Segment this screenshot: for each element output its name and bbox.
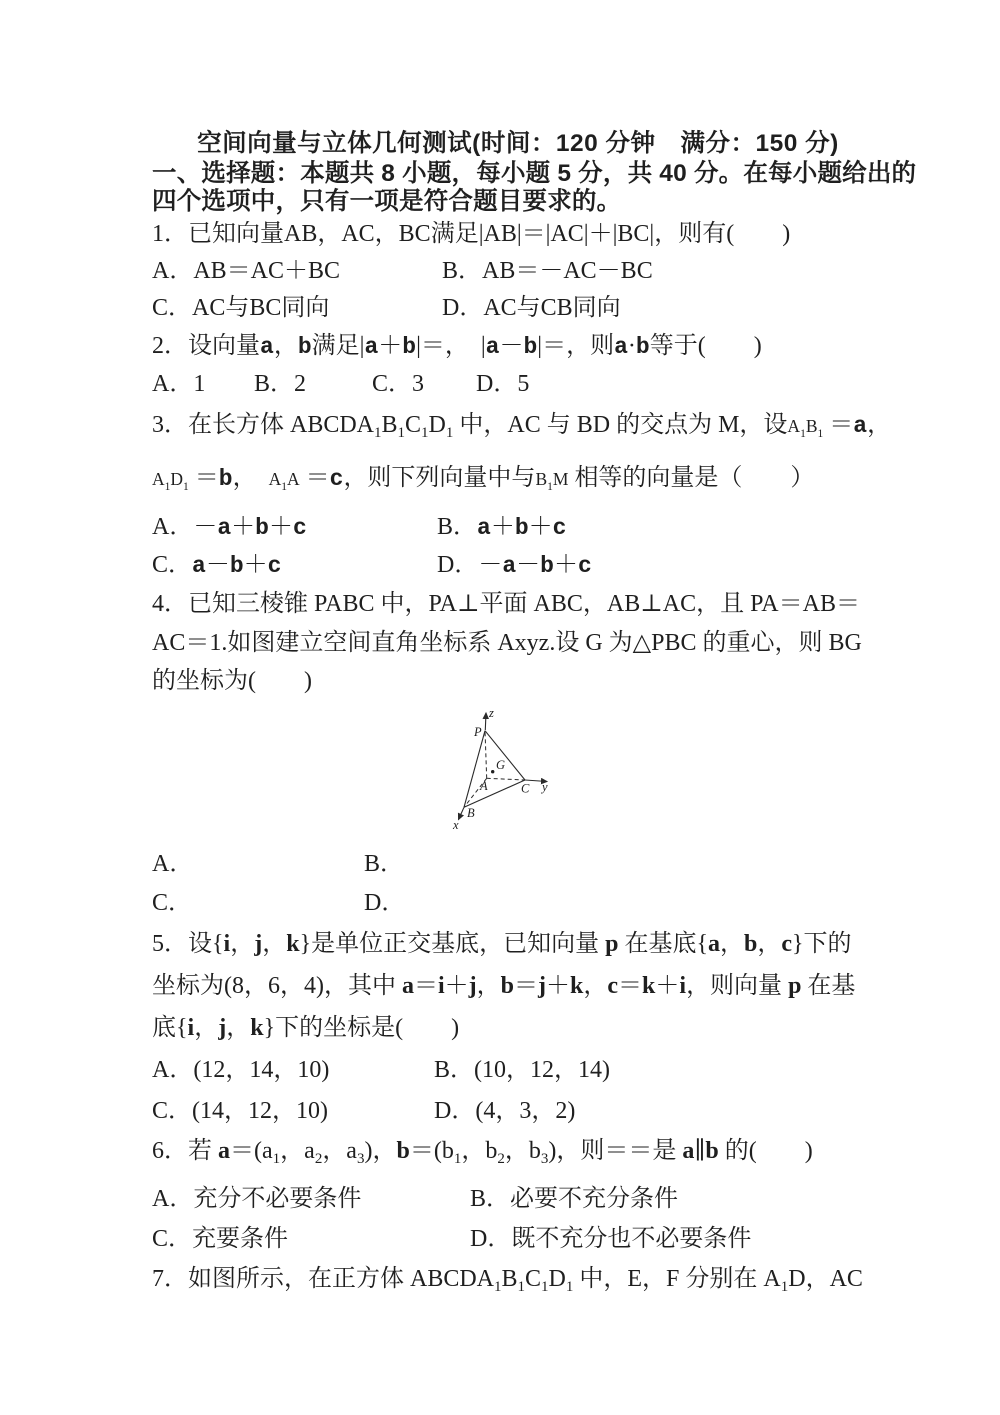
- text-segment: c: [553, 515, 567, 541]
- option-cell: C．a－b＋c: [152, 547, 437, 584]
- option-cell: A．充分不必要条件: [152, 1179, 470, 1219]
- text-segment: D，AC: [788, 1266, 863, 1292]
- text-segment: a: [364, 334, 378, 360]
- text-segment: AC＝1.如图建立空间直角坐标系 Axyz.设 G 为△PBC 的重心，则 BG: [152, 630, 862, 656]
- text-segment: ，: [867, 412, 891, 438]
- text-segment: 1: [518, 1279, 526, 1295]
- text-segment: b: [219, 466, 233, 492]
- text-segment: 等于( ): [650, 333, 762, 359]
- text-segment: D: [549, 1266, 566, 1292]
- q6-options-cd: C．充要条件D．既不充分也不必要条件: [152, 1219, 884, 1259]
- text-segment: b: [744, 931, 757, 957]
- option-cell: D．－a－b＋c: [437, 547, 592, 584]
- text-segment: ＋: [491, 514, 515, 540]
- text-segment: ＋: [231, 514, 255, 540]
- text-segment: A．AB＝AC＋BC: [152, 258, 340, 284]
- tetrahedron-figure: z P G A C y B x: [440, 699, 580, 834]
- text-segment: A: [269, 469, 282, 489]
- text-segment: a: [708, 931, 720, 957]
- text-segment: 2: [497, 1151, 505, 1167]
- text-segment: ＋: [269, 514, 293, 540]
- text-segment: ＋: [244, 552, 268, 578]
- text-segment: b: [298, 334, 312, 360]
- option-cell: B．a＋b＋c: [437, 509, 566, 547]
- section-header-line1: 一、选择题：本题共 8 小题，每小题 5 分，共 40 分。在每小题给出的: [152, 160, 884, 188]
- text-segment: c: [607, 973, 618, 999]
- edge-bc: [464, 780, 525, 807]
- text-segment: k: [286, 931, 299, 957]
- text-segment: a: [217, 515, 231, 541]
- text-segment: B．: [364, 851, 404, 877]
- option-cell: B．2: [254, 366, 372, 403]
- figure-label-a: A: [479, 779, 488, 793]
- text-segment: 的( ): [719, 1138, 813, 1164]
- q6-options-ab: A．充分不必要条件B．必要不充分条件: [152, 1179, 884, 1219]
- text-segment: p: [605, 931, 618, 957]
- option-cell: A．: [152, 845, 364, 884]
- text-segment: C．(14，12，10): [152, 1098, 328, 1124]
- text-segment: 1: [421, 425, 429, 441]
- text-segment: |＝， |: [416, 333, 486, 359]
- text-segment: a: [218, 1138, 230, 1164]
- text-segment: 6．若: [152, 1138, 218, 1164]
- z-axis: [485, 713, 486, 730]
- text-segment: 7．如图所示，在正方体 ABCDA: [152, 1266, 494, 1292]
- text-segment: C．3: [372, 371, 424, 397]
- text-segment: ∥: [694, 1138, 705, 1164]
- text-segment: a: [486, 334, 500, 360]
- text-segment: 1: [494, 1279, 502, 1295]
- text-segment: A: [152, 469, 165, 489]
- text-segment: j: [538, 973, 546, 999]
- question-3-line1: 3．在长方体 ABCDA1B1C1D1 中，AC 与 BD 的交点为 M，设A1…: [152, 403, 884, 457]
- text-segment: D: [170, 469, 183, 489]
- text-segment: ，: [757, 931, 781, 957]
- x-axis: [459, 807, 465, 819]
- text-segment: D．AC与CB同向: [442, 295, 621, 321]
- option-cell: A．(12，14，10): [152, 1050, 434, 1091]
- text-segment: 在基底{: [618, 931, 708, 957]
- text-segment: 底{: [152, 1015, 188, 1041]
- option-cell: B．: [364, 845, 404, 884]
- text-segment: ＋: [378, 333, 402, 359]
- text-segment: }是单位正交基底，已知向量: [300, 931, 606, 957]
- edge-ac-dashed: [487, 778, 525, 780]
- questions-block-1: 1．已知向量AB，AC，BC满足|AB|＝|AC|＋|BC|，则有( )A．AB…: [152, 216, 884, 699]
- text-segment: D．(4，3，2): [434, 1098, 575, 1124]
- text-segment: ，: [226, 1015, 250, 1041]
- text-segment: a: [502, 553, 516, 579]
- text-segment: C: [525, 1266, 541, 1292]
- figure-label-b: B: [467, 806, 475, 820]
- q4-options-cd: C．D．: [152, 884, 884, 922]
- text-segment: )，: [364, 1138, 396, 1164]
- text-segment: A．充分不必要条件: [152, 1186, 361, 1212]
- text-segment: B．(10，12，14): [434, 1057, 610, 1083]
- page-title: 空间向量与立体几何测试(时间：120 分钟 满分：150 分): [152, 128, 884, 160]
- text-segment: )，则＝＝是: [548, 1138, 682, 1164]
- edge-pc: [485, 731, 525, 780]
- question-5-line1: 5．设{i，j，k}是单位正交基底，已知向量 p 在基底{a，b，c}下的: [152, 922, 884, 967]
- text-segment: b: [705, 1138, 718, 1164]
- text-segment: A: [287, 469, 300, 489]
- text-segment: 的坐标为( ): [152, 668, 312, 694]
- text-segment: 相等的向量是（ ）: [568, 465, 814, 491]
- text-segment: 中，AC 与 BD 的交点为 M，设: [453, 412, 787, 438]
- text-segment: 5．设{: [152, 931, 224, 957]
- text-segment: B: [806, 416, 818, 436]
- text-segment: ＋: [554, 552, 578, 578]
- option-cell: A．－a＋b＋c: [152, 509, 437, 547]
- text-segment: D．5: [476, 371, 529, 397]
- text-segment: ＝: [514, 973, 538, 999]
- option-cell: B．(10，12，14): [434, 1050, 610, 1091]
- text-segment: ·: [628, 333, 636, 359]
- text-segment: b: [402, 334, 416, 360]
- text-segment: k: [250, 1015, 263, 1041]
- text-segment: ，: [477, 973, 501, 999]
- text-segment: －: [516, 552, 540, 578]
- option-cell: D．(4，3，2): [434, 1091, 575, 1131]
- figure-label-y: y: [540, 780, 548, 794]
- text-segment: 中，E，F 分别在 A: [573, 1266, 780, 1292]
- figure-label-x: x: [452, 818, 459, 832]
- test-paper-page: 空间向量与立体几何测试(时间：120 分钟 满分：150 分) 一、选择题：本题…: [0, 0, 1000, 1415]
- text-segment: a: [192, 553, 206, 579]
- text-segment: D．既不充分也不必要条件: [470, 1226, 751, 1252]
- option-cell: C．3: [372, 366, 476, 403]
- edge-pa-dashed: [485, 731, 487, 779]
- text-segment: －: [499, 333, 523, 359]
- text-segment: 在基: [801, 973, 855, 999]
- question-4-line3: 的坐标为( ): [152, 663, 884, 699]
- option-cell: C．: [152, 884, 364, 922]
- text-segment: b: [515, 515, 529, 541]
- question-6: 6．若 a＝(a1，a2，a3)，b＝(b1，b2，b3)，则＝＝是 a∥b 的…: [152, 1131, 884, 1179]
- text-segment: k: [570, 973, 583, 999]
- option-cell: D．既不充分也不必要条件: [470, 1219, 751, 1259]
- text-segment: b: [523, 334, 537, 360]
- text-segment: p: [788, 973, 801, 999]
- text-segment: ＋: [546, 973, 570, 999]
- question-5-line3: 底{i，j，k}下的坐标是( ): [152, 1006, 884, 1050]
- text-segment: A．－: [152, 514, 217, 540]
- text-segment: A: [787, 416, 800, 436]
- text-segment: c: [781, 931, 792, 957]
- text-segment: B: [535, 469, 547, 489]
- text-segment: a: [402, 973, 414, 999]
- text-segment: 坐标为(8，6，4)，其中: [152, 973, 402, 999]
- question-3-line2: A1D1 ＝b， A1A ＝c，则下列向量中与B1M 相等的向量是（ ）: [152, 457, 884, 509]
- questions-block-2: A．B．C．D．5．设{i，j，k}是单位正交基底，已知向量 p 在基底{a，b…: [152, 845, 884, 1307]
- text-segment: 1: [541, 1279, 549, 1295]
- text-segment: ，则向量: [686, 973, 788, 999]
- figure-label-p: P: [473, 725, 482, 739]
- text-segment: B．: [437, 514, 477, 540]
- text-segment: 2．设向量: [152, 333, 260, 359]
- question-1: 1．已知向量AB，AC，BC满足|AB|＝|AC|＋|BC|，则有( ): [152, 216, 884, 253]
- text-segment: B．AB＝－AC－BC: [442, 258, 653, 284]
- text-segment: ＝: [414, 973, 438, 999]
- text-segment: ＝: [189, 465, 219, 491]
- text-segment: ＝(a: [230, 1138, 273, 1164]
- text-segment: ，: [583, 973, 607, 999]
- text-segment: ，b: [505, 1138, 541, 1164]
- question-5-line2: 坐标为(8，6，4)，其中 a＝i＋j，b＝j＋k，c＝k＋i，则向量 p 在基: [152, 967, 884, 1006]
- text-segment: D: [429, 412, 446, 438]
- text-segment: c: [330, 466, 344, 492]
- text-segment: b: [255, 515, 269, 541]
- text-segment: ，: [262, 931, 286, 957]
- edge-pb: [464, 731, 485, 808]
- text-segment: B: [502, 1266, 518, 1292]
- question-4-figure: z P G A C y B x: [152, 699, 884, 845]
- text-segment: ＋: [445, 973, 469, 999]
- text-segment: c: [578, 553, 592, 579]
- option-cell: C．充要条件: [152, 1219, 470, 1259]
- q5-options-cd: C．(14，12，10)D．(4，3，2): [152, 1091, 884, 1131]
- q3-options-cd: C．a－b＋cD．－a－b＋c: [152, 547, 884, 584]
- text-segment: A．: [152, 851, 193, 877]
- text-segment: a: [853, 413, 867, 439]
- text-segment: ＝: [300, 465, 330, 491]
- option-cell: B．AB＝－AC－BC: [442, 253, 653, 290]
- text-segment: j: [469, 973, 477, 999]
- text-segment: C．: [152, 552, 192, 578]
- text-segment: B．必要不充分条件: [470, 1186, 678, 1212]
- text-segment: C．充要条件: [152, 1226, 288, 1252]
- text-segment: B: [382, 412, 398, 438]
- text-segment: b: [540, 553, 554, 579]
- text-segment: ，: [274, 333, 298, 359]
- q1-options-cd: C．AC与BC同向D．AC与CB同向: [152, 290, 884, 327]
- text-segment: 1: [398, 425, 406, 441]
- text-segment: ＝(b: [410, 1138, 454, 1164]
- text-segment: |＝，则: [537, 333, 614, 359]
- text-segment: ，: [233, 465, 269, 491]
- figure-label-z: z: [488, 706, 494, 720]
- text-segment: ，a: [280, 1138, 315, 1164]
- text-segment: C．: [152, 890, 192, 916]
- text-segment: a: [682, 1138, 694, 1164]
- text-segment: －: [206, 552, 230, 578]
- section-header-line2: 四个选项中，只有一项是符合题目要求的。: [152, 188, 884, 216]
- text-segment: ＋: [529, 514, 553, 540]
- text-segment: c: [293, 515, 307, 541]
- content-column: 空间向量与立体几何测试(时间：120 分钟 满分：150 分) 一、选择题：本题…: [152, 128, 884, 1307]
- q5-options-ab: A．(12，14，10)B．(10，12，14): [152, 1050, 884, 1091]
- text-segment: ，: [194, 1015, 218, 1041]
- text-segment: D．: [364, 890, 405, 916]
- text-segment: b: [636, 334, 650, 360]
- centroid-g-dot: [491, 770, 494, 773]
- option-cell: A．AB＝AC＋BC: [152, 253, 442, 290]
- question-4-line1: 4．已知三棱锥 PABC 中，PA⊥平面 ABC，AB⊥AC，且 PA＝AB＝: [152, 584, 884, 624]
- text-segment: a: [614, 334, 628, 360]
- text-segment: 4．已知三棱锥 PABC 中，PA⊥平面 ABC，AB⊥AC，且 PA＝AB＝: [152, 591, 860, 617]
- text-segment: j: [254, 931, 262, 957]
- question-4-line2: AC＝1.如图建立空间直角坐标系 Axyz.设 G 为△PBC 的重心，则 BG: [152, 624, 884, 663]
- text-segment: ，a: [322, 1138, 357, 1164]
- option-cell: C．(14，12，10): [152, 1091, 434, 1131]
- text-segment: ，: [720, 931, 744, 957]
- option-cell: B．必要不充分条件: [470, 1179, 678, 1219]
- text-segment: 3．在长方体 ABCDA: [152, 412, 374, 438]
- text-segment: B．2: [254, 371, 306, 397]
- text-segment: ＋: [655, 973, 679, 999]
- text-segment: A．1: [152, 371, 205, 397]
- text-segment: j: [218, 1015, 226, 1041]
- text-segment: 1．已知向量AB，AC，BC满足|AB|＝|AC|＋|BC|，则有( ): [152, 221, 790, 247]
- figure-label-c: C: [521, 782, 530, 796]
- text-segment: C．AC与BC同向: [152, 295, 329, 321]
- option-cell: C．AC与BC同向: [152, 290, 442, 327]
- q1-options-ab: A．AB＝AC＋BCB．AB＝－AC－BC: [152, 253, 884, 290]
- q3-options-ab: A．－a＋b＋cB．a＋b＋c: [152, 509, 884, 547]
- figure-label-g: G: [496, 758, 505, 772]
- text-segment: }下的坐标是( ): [264, 1015, 460, 1041]
- text-segment: ＝: [823, 412, 853, 438]
- question-2: 2．设向量a，b满足|a＋b|＝， |a－b|＝，则a·b等于( ): [152, 327, 884, 366]
- text-segment: C: [405, 412, 421, 438]
- text-segment: ，b: [461, 1138, 497, 1164]
- text-segment: 1: [374, 425, 382, 441]
- option-cell: D．AC与CB同向: [442, 290, 621, 327]
- text-segment: a: [260, 334, 274, 360]
- text-segment: k: [642, 973, 655, 999]
- text-segment: i: [438, 973, 445, 999]
- text-segment: b: [230, 553, 244, 579]
- text-segment: }下的: [792, 931, 852, 957]
- text-segment: ，: [230, 931, 254, 957]
- text-segment: M: [553, 469, 569, 489]
- text-segment: ，则下列向量中与: [343, 465, 535, 491]
- text-segment: A．(12，14，10): [152, 1057, 329, 1083]
- q2-options: A．1B．2C．3D．5: [152, 366, 884, 403]
- text-segment: c: [268, 553, 282, 579]
- q4-options-ab: A．B．: [152, 845, 884, 884]
- option-cell: D．: [364, 884, 405, 922]
- text-segment: D．－: [437, 552, 502, 578]
- text-segment: b: [396, 1138, 409, 1164]
- text-segment: ＝: [618, 973, 642, 999]
- text-segment: a: [477, 515, 491, 541]
- text-segment: 满足|: [312, 333, 365, 359]
- option-cell: D．5: [476, 366, 529, 403]
- question-7: 7．如图所示，在正方体 ABCDA1B1C1D1 中，E，F 分别在 A1D，A…: [152, 1259, 884, 1307]
- option-cell: A．1: [152, 366, 254, 403]
- text-segment: b: [501, 973, 514, 999]
